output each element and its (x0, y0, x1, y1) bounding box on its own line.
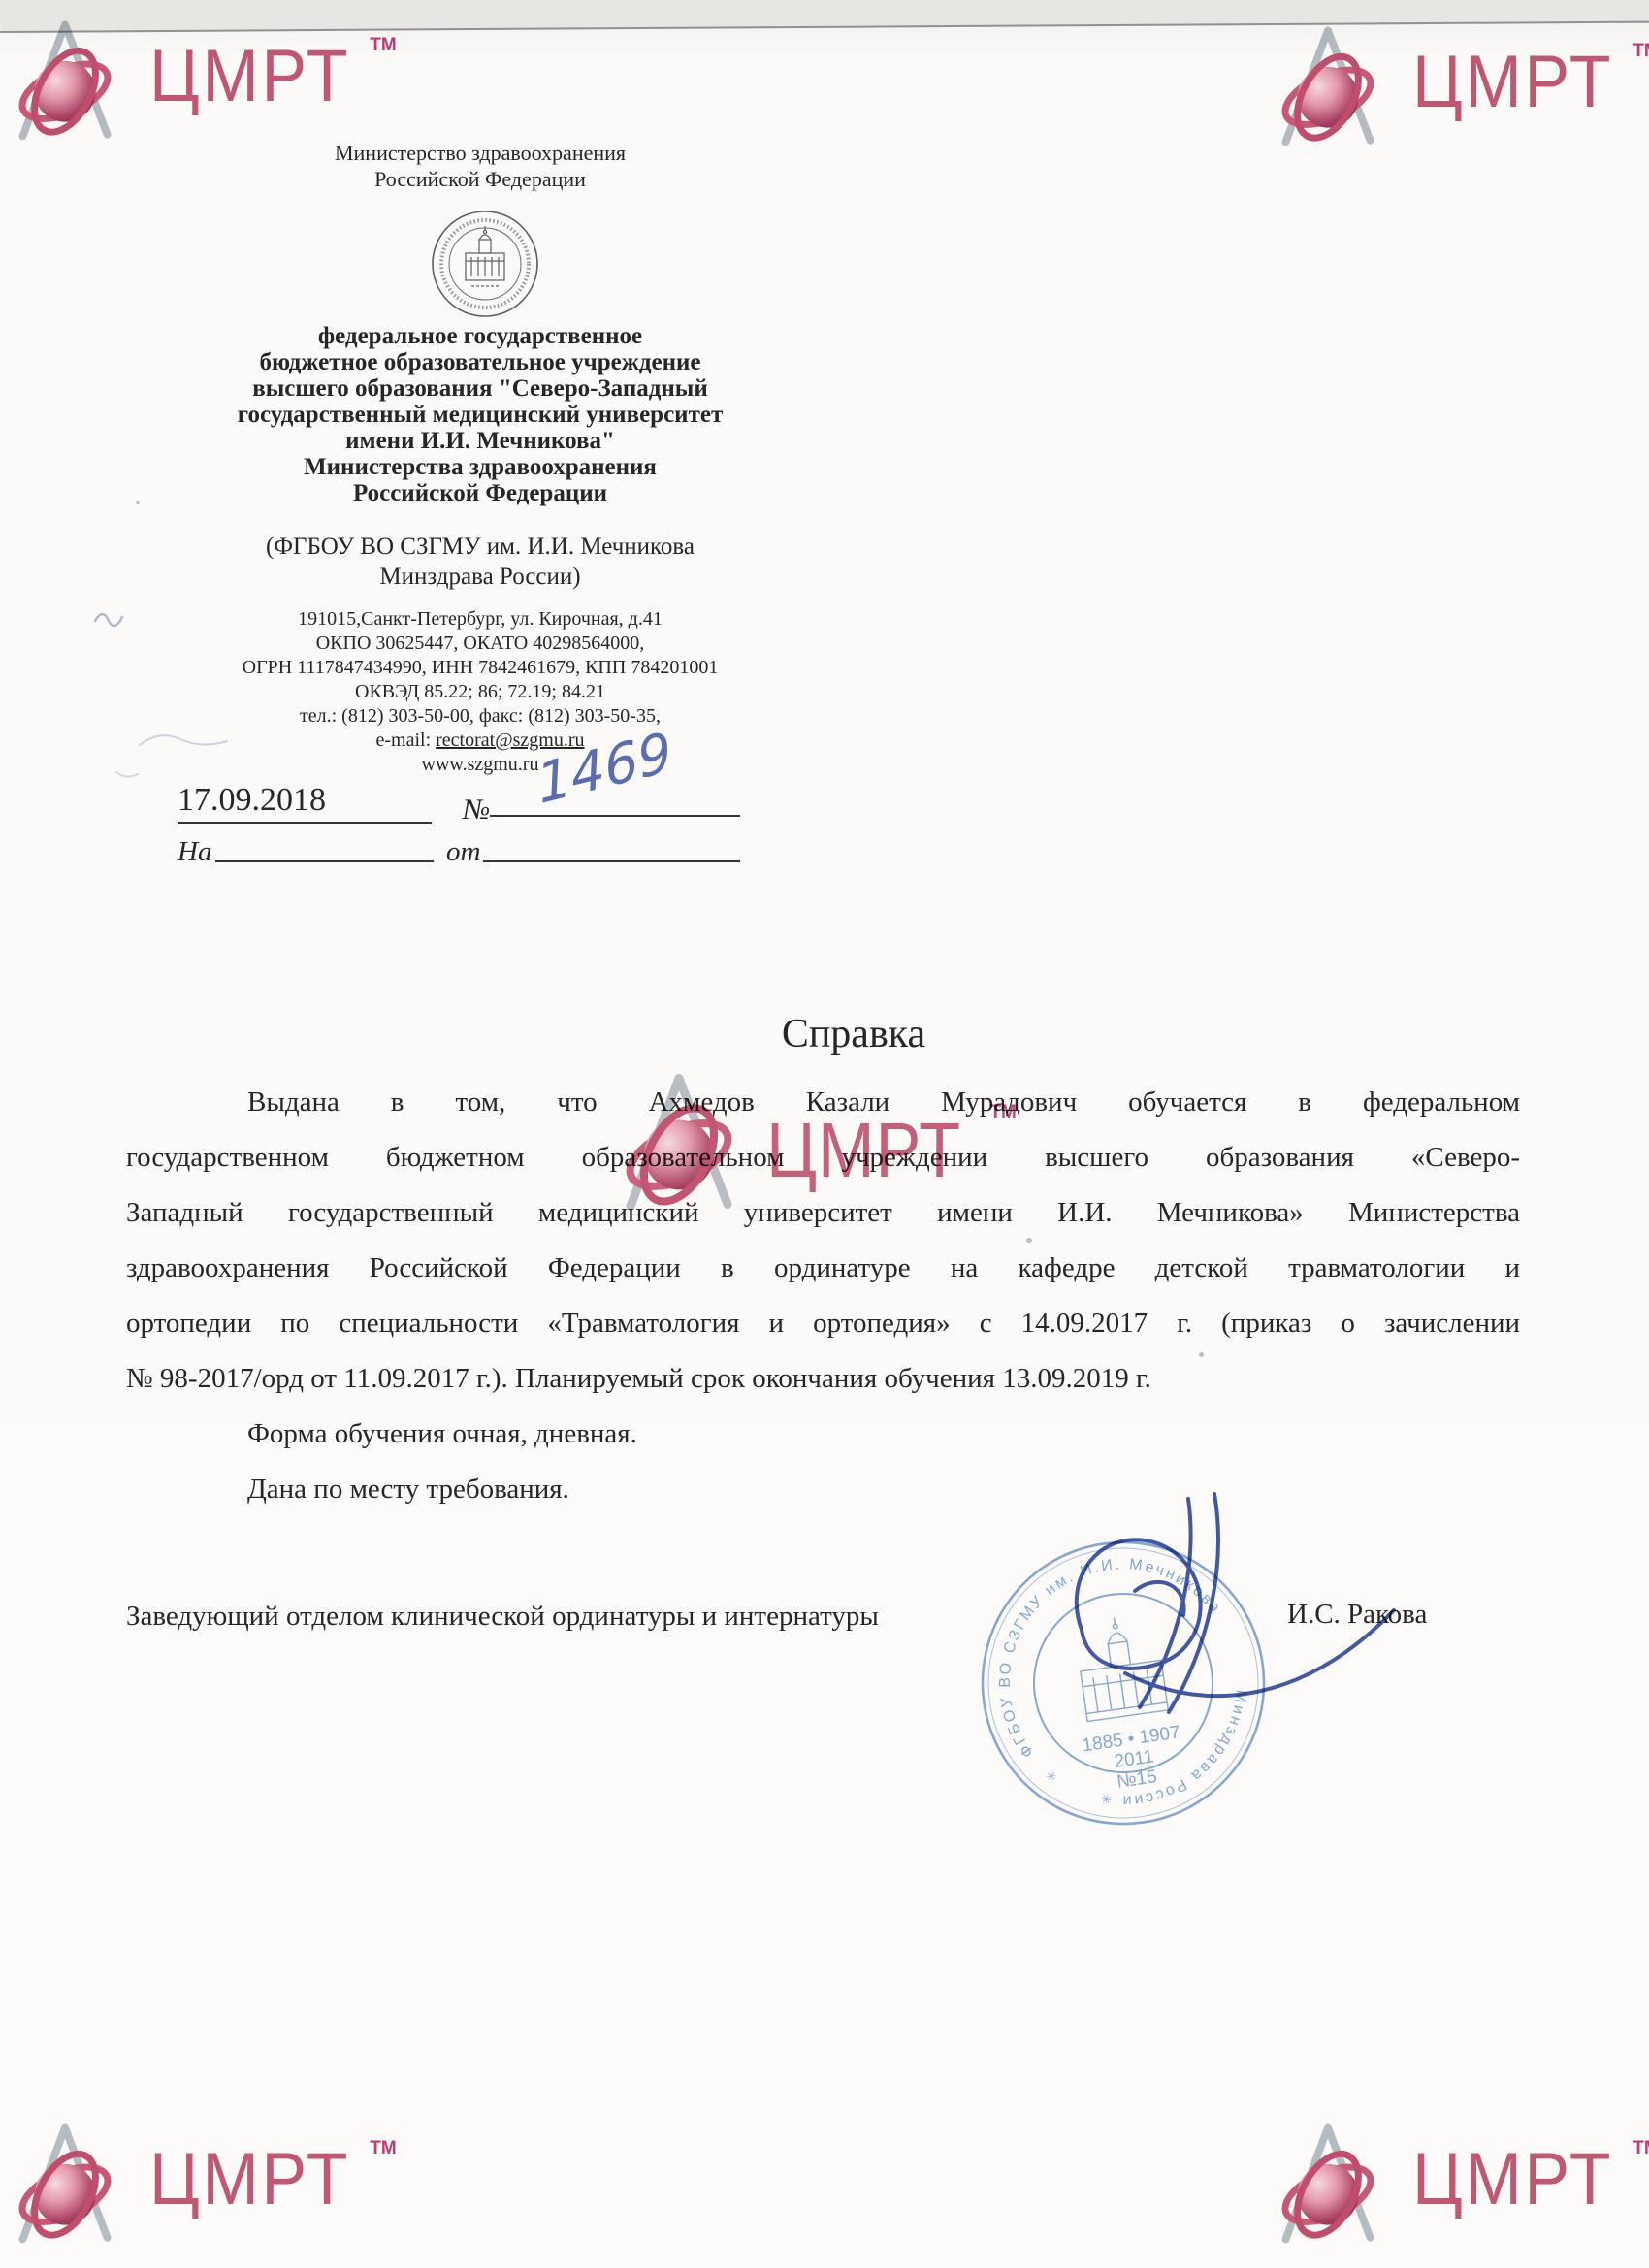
body-line: здравоохранения Российской Федерации в о… (126, 1241, 1520, 1296)
email-label: e-mail: (376, 729, 436, 751)
stamp-star: ✳ (1098, 1790, 1115, 1808)
ministry-header: Министерство здравоохранения Российской … (131, 140, 829, 192)
svg-text:✳: ✳ (1098, 1790, 1115, 1808)
stamp-star: ✳ (1041, 1766, 1061, 1786)
cmrt-watermark-top-right: ЦМРТ TM (1269, 16, 1649, 149)
org-name-line: имени И.И. Мечникова" (131, 428, 829, 454)
org-name-line: бюджетное образовательное учреждение (131, 349, 829, 375)
number-sign: № (463, 794, 490, 826)
reply-to-blank-line (215, 827, 434, 862)
reply-to-label: На (178, 836, 211, 868)
reply-from-label: от (446, 836, 480, 868)
cmrt-logo-icon (1269, 2113, 1387, 2247)
study-form-line: Форма обучения очная, дневная. (126, 1418, 1641, 1450)
org-name-line: Российской Федерации (131, 480, 829, 506)
cmrt-brand-text: ЦМРТ (1412, 2143, 1613, 2217)
trademark-symbol: TM (370, 35, 396, 56)
reply-from-blank-line (483, 827, 740, 862)
signer-position-title: Заведующий отделом клинической ординатур… (126, 1601, 879, 1633)
website-line: www.szgmu.ru (112, 753, 849, 777)
organization-full-name: федеральное государственное бюджетное об… (131, 323, 829, 506)
svg-text:✳: ✳ (1041, 1766, 1061, 1786)
organization-short-name: (ФГБОУ ВО СЗГМУ им. И.И. Мечникова Минзд… (131, 532, 829, 592)
phone-fax-line: тел.: (812) 303-50-00, факс: (812) 303-5… (112, 704, 849, 729)
contacts-block: 191015,Санкт-Петербург, ул. Кирочная, д.… (112, 607, 849, 777)
trademark-symbol: TM (1633, 2138, 1649, 2159)
email-line: e-mail: rectorat@szgmu.ru (112, 729, 849, 753)
cmrt-watermark-center: ЦМРТ TM (611, 1059, 1015, 1216)
okpo-okato-line: ОКПО 30625447, ОКАТО 40298564000, (112, 632, 849, 656)
org-short-line: Минздрава России) (131, 562, 829, 592)
cmrt-logo-icon (6, 2113, 124, 2247)
trademark-symbol: TM (989, 1102, 1016, 1123)
address-line: 191015,Санкт-Петербург, ул. Кирочная, д.… (112, 607, 849, 632)
trademark-symbol: TM (1633, 41, 1649, 62)
scanned-document-page: ЦМРТ TM ЦМРТ TM ЦМРТ TM ЦМРТ TM Министер… (0, 0, 1649, 2268)
document-date: 17.09.2018 (178, 782, 432, 824)
org-name-line: государственный медицинский университет (131, 402, 829, 428)
cmrt-brand-text: ЦМРТ (766, 1112, 961, 1189)
trademark-symbol: TM (370, 2138, 396, 2159)
ogrn-inn-kpp-line: ОГРН 1117847434990, ИНН 7842461679, КПП … (112, 656, 849, 680)
cmrt-brand-text: ЦМРТ (149, 40, 350, 113)
cmrt-watermark-bottom-left: ЦМРТ TM (6, 2113, 395, 2247)
cmrt-logo-icon (1269, 16, 1387, 149)
document-title: Справка (126, 1011, 1581, 1057)
org-name-line: Министерства здравоохранения (131, 454, 829, 480)
cmrt-watermark-bottom-right: ЦМРТ TM (1269, 2113, 1649, 2247)
org-name-line: федеральное государственное (131, 323, 829, 349)
cmrt-brand-text: ЦМРТ (1412, 46, 1613, 119)
cmrt-logo-icon (6, 10, 124, 144)
cmrt-brand-text: ЦМРТ (149, 2143, 350, 2217)
university-emblem-icon (429, 207, 541, 321)
body-line: ортопедии по специальности «Травматологи… (126, 1296, 1520, 1351)
org-name-line: высшего образования "Северо-Западный (131, 375, 829, 402)
ministry-line: Министерство здравоохранения (131, 140, 829, 166)
cmrt-logo-icon (611, 1059, 747, 1216)
body-line: № 98-2017/орд от 11.09.2017 г.). Планиру… (126, 1351, 1520, 1407)
ministry-line: Российской Федерации (131, 166, 829, 192)
handwritten-signature (989, 1474, 1416, 1736)
org-short-line: (ФГБОУ ВО СЗГМУ им. И.И. Мечникова (131, 532, 829, 562)
okved-line: ОКВЭД 85.22; 86; 72.19; 84.21 (112, 680, 849, 704)
cmrt-watermark-top-left: ЦМРТ TM (6, 10, 395, 144)
